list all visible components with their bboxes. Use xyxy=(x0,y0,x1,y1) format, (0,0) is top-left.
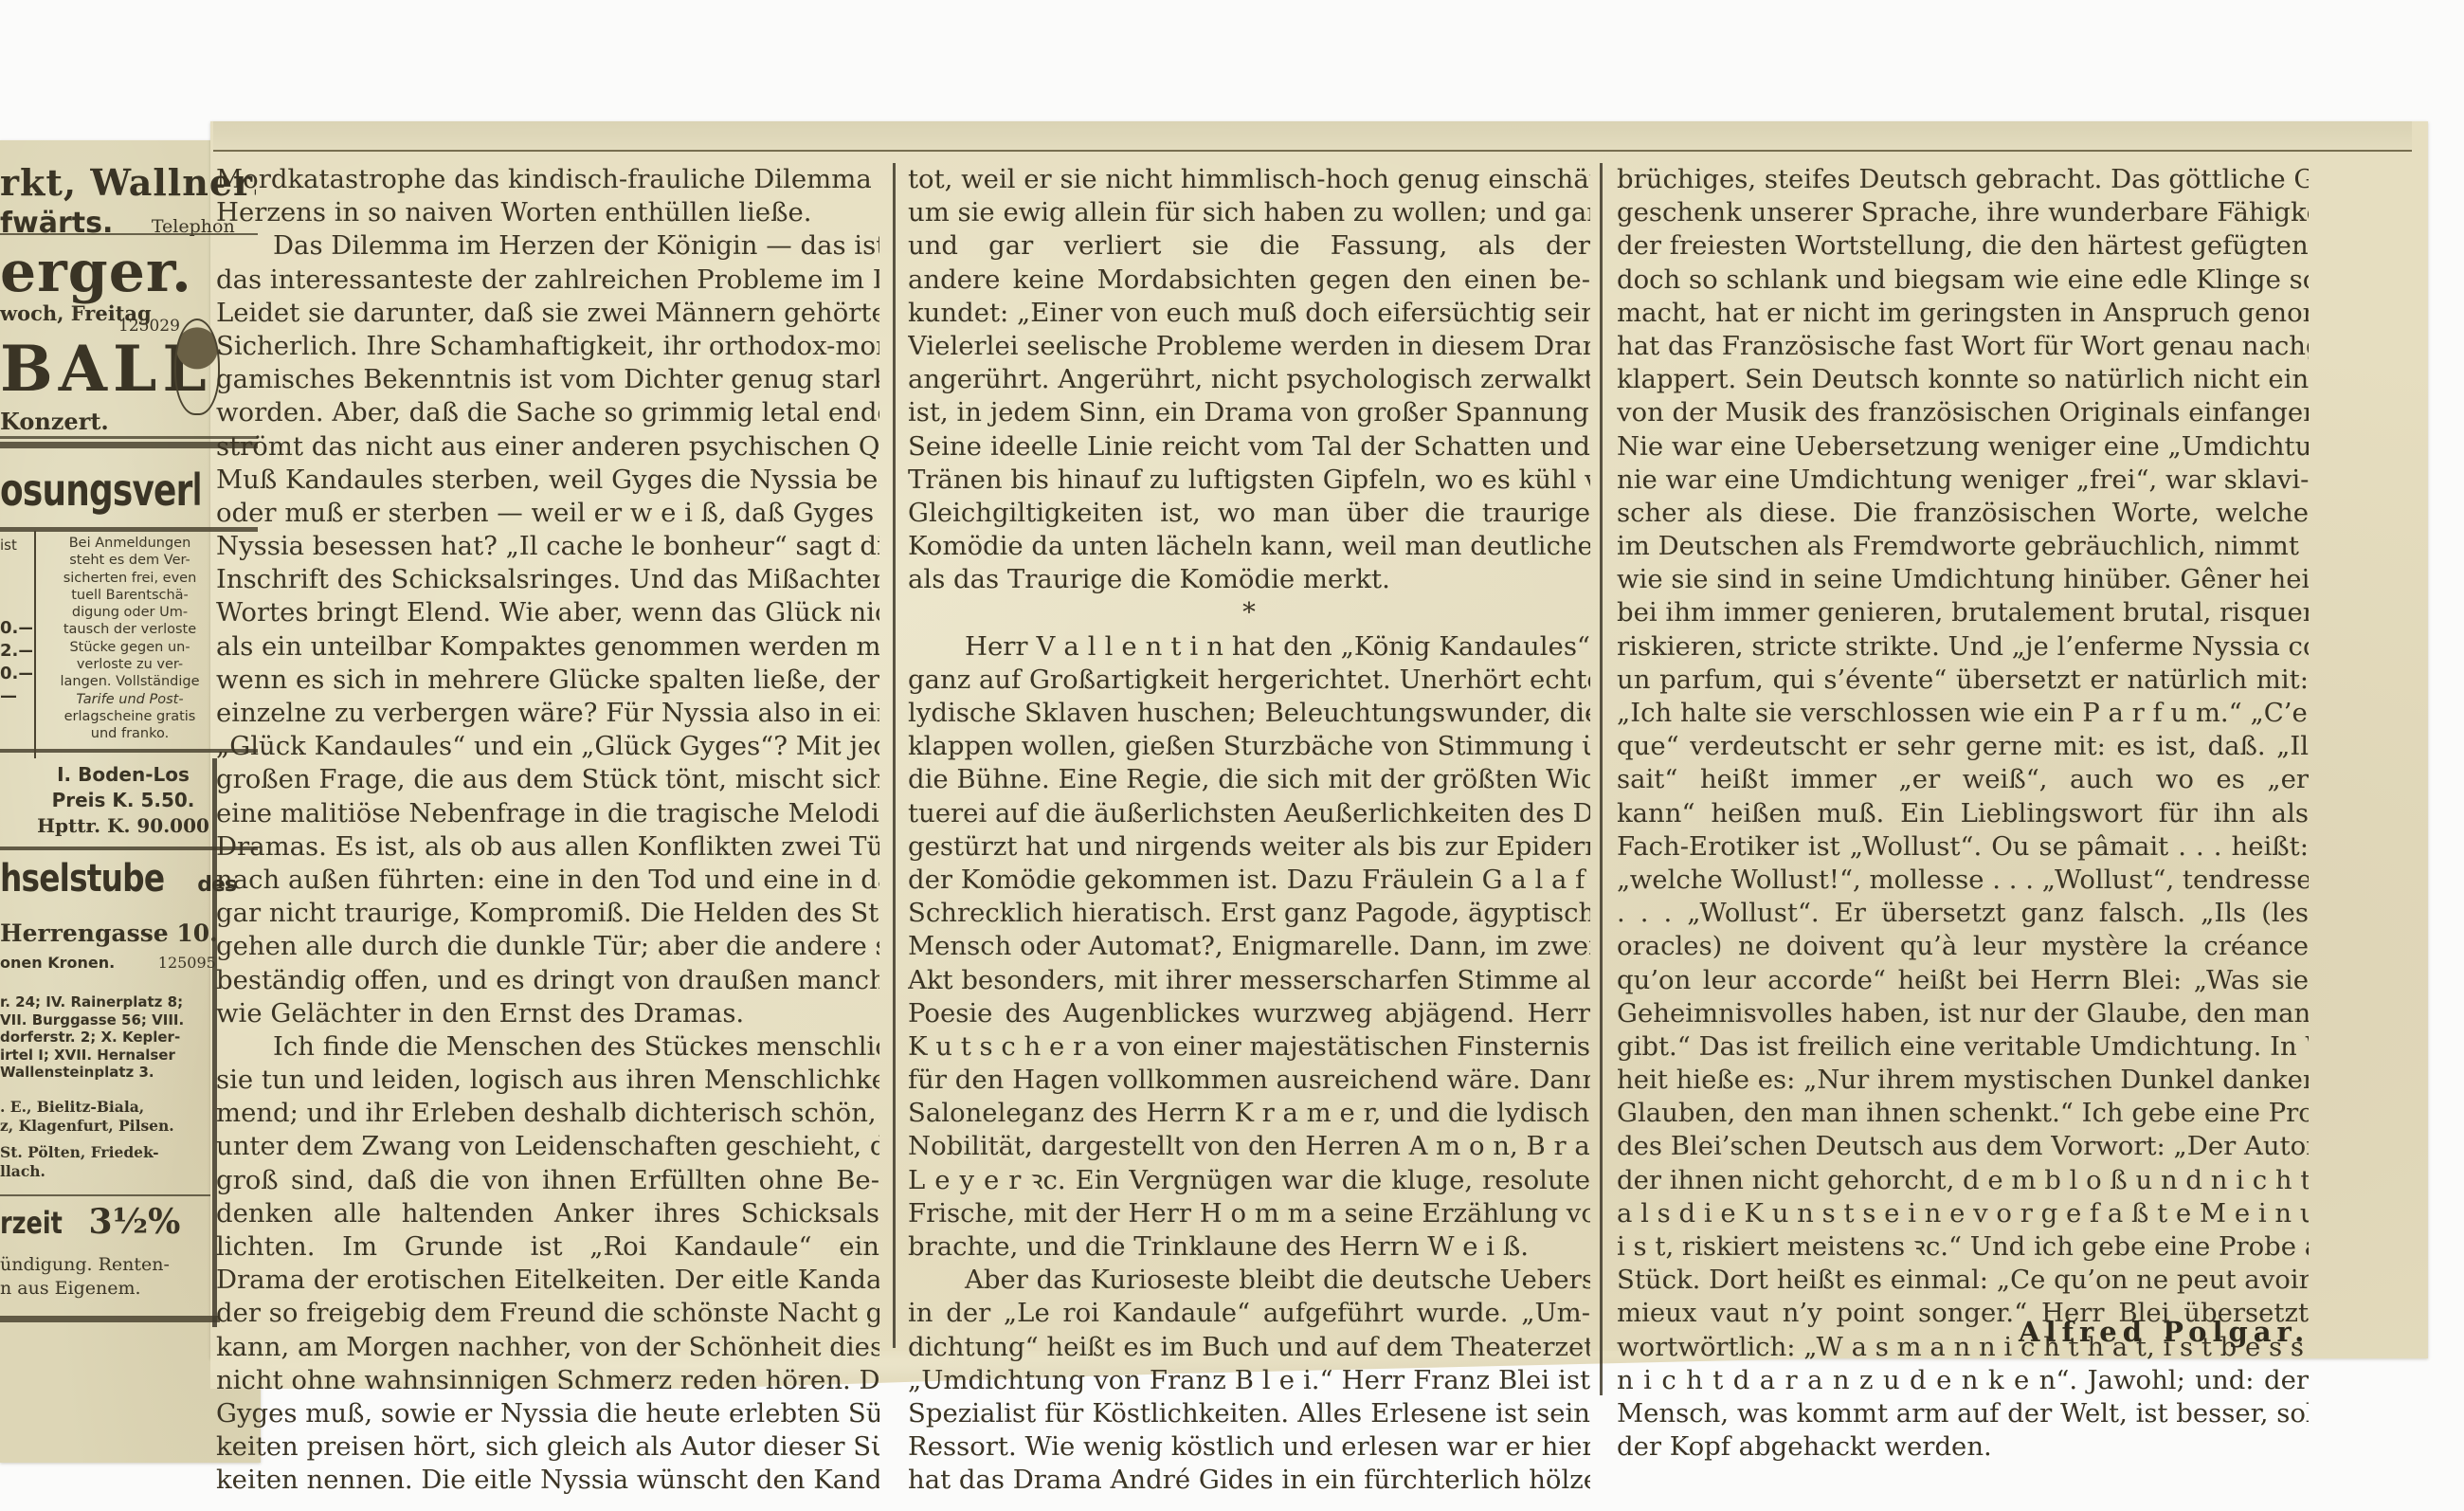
ad-code-2: 125095 xyxy=(158,954,216,972)
article-line: oder muß er sterben — weil er w e i ß, d… xyxy=(216,497,879,530)
branch-line: dorferstr. 2; X. Kepler- xyxy=(0,1029,210,1047)
article-line: Herr V a l l e n t i n hat den „König Ka… xyxy=(908,630,1590,664)
article-line: un parfum, qui s’évente“ übersetzt er na… xyxy=(1617,664,2309,697)
article-line: Mordkatastrophe das kindisch-frauliche D… xyxy=(216,163,879,196)
article-line: kundet: „Einer von euch muß doch eifersü… xyxy=(908,297,1590,330)
author-signature: Alfred Polgar. xyxy=(2019,1316,2310,1348)
ad-table-value: 0.— xyxy=(0,664,32,683)
notice-line: Bei Anmeldungen xyxy=(40,535,220,552)
city-line: llach. xyxy=(0,1162,210,1181)
notice-line: steht es dem Ver- xyxy=(40,552,220,569)
notice-line: verloste zu ver- xyxy=(40,656,220,673)
article-line: klappert. Sein Deutsch konnte so natürli… xyxy=(1617,363,2309,396)
article-line: mend; und ihr Erleben deshalb dichterisc… xyxy=(216,1097,879,1130)
column-divider xyxy=(1600,163,1603,1395)
lot-line: Preis K. 5.50. xyxy=(19,788,227,813)
article-line: Dramas. Es ist, als ob aus allen Konflik… xyxy=(216,830,879,864)
article-line: nicht ohne wahnsinnigen Schmerz reden hö… xyxy=(216,1364,879,1397)
ad-table-header: ist xyxy=(0,537,28,554)
city-line: St. Pölten, Friedek- xyxy=(0,1143,210,1162)
article-line: angerührt. Angerührt, nicht psychologisc… xyxy=(908,363,1590,396)
article-line: nie war eine Umdichtung weniger „frei“, … xyxy=(1617,464,2309,497)
article-line: nach außen führten: eine in den Tod und … xyxy=(216,864,879,897)
article-line: a l s d i e K u n s t s e i n e v o r g … xyxy=(1617,1197,2309,1230)
article-column-2: tot, weil er sie nicht himmlisch-hoch ge… xyxy=(908,163,1590,1498)
article-line: hat das Drama André Gides in ein fürchte… xyxy=(908,1464,1590,1497)
article-line: klappen wollen, gießen Sturzbäche von St… xyxy=(908,730,1590,763)
ad-table-value: 0.— xyxy=(0,618,32,638)
article-line: oracles) ne doivent qu’à leur mystère la… xyxy=(1617,930,2309,963)
article-column-1: Mordkatastrophe das kindisch-frauliche D… xyxy=(216,163,879,1498)
article-line: „Ich halte sie verschlossen wie ein P a … xyxy=(1617,697,2309,730)
article-line: Spezialist für Köstlichkeiten. Alles Erl… xyxy=(908,1397,1590,1430)
ad-lot-info: I. Boden-Los Preis K. 5.50. Hpttr. K. 90… xyxy=(19,762,227,839)
article-line: lichten. Im Grunde ist „Roi Kandaule“ ei… xyxy=(216,1230,879,1264)
article-line: scher als diese. Die französischen Worte… xyxy=(1617,497,2309,530)
article-line: der so freigebig dem Freund die schönste… xyxy=(216,1297,879,1330)
notice-line: Stücke gegen un- xyxy=(40,639,220,656)
article-line: n i c h t d a r a n z u d e n k e n“. Ja… xyxy=(1617,1364,2309,1397)
article-column-3: brüchiges, steifes Deutsch gebracht. Das… xyxy=(1617,163,2309,1464)
article-line: als das Traurige die Komödie merkt. xyxy=(908,563,1590,596)
article-line: brachte, und die Trinklaune des Herrn W … xyxy=(908,1230,1590,1264)
notice-line: erlagscheine gratis xyxy=(40,708,220,725)
ad-headline: osungsverlust. xyxy=(0,464,200,516)
article-line: sait“ heißt immer „er weiß“, auch wo es … xyxy=(1617,763,2309,796)
article-line: L e y e r ꝛc. Ein Vergnügen war die klug… xyxy=(908,1164,1590,1197)
article-line: Nyssia besessen hat? „Il cache le bonheu… xyxy=(216,530,879,563)
article-line: Wortes bringt Elend. Wie aber, wenn das … xyxy=(216,596,879,629)
article-line: Seine ideelle Linie reicht vom Tal der S… xyxy=(908,430,1590,464)
article-line: andere keine Mordabsichten gegen den ein… xyxy=(908,264,1590,297)
article-line: Mensch oder Automat?, Enigmarelle. Dann,… xyxy=(908,930,1590,963)
article-line: Tränen bis hinauf zu luftigsten Gipfeln,… xyxy=(908,464,1590,497)
top-torn-strip xyxy=(213,121,2412,152)
article-line: gar nicht traurige, Kompromiß. Die Helde… xyxy=(216,897,879,930)
interest-label: rzeit xyxy=(0,1205,63,1241)
ad-table-value: — xyxy=(0,686,32,706)
article-line: keiten nennen. Die eitle Nyssia wünscht … xyxy=(216,1464,879,1497)
article-line: wenn es sich in mehrere Glücke spalten l… xyxy=(216,664,879,697)
article-line: doch so schlank und biegsam wie eine edl… xyxy=(1617,264,2309,297)
article-line: Stück. Dort heißt es einmal: „Ce qu’on n… xyxy=(1617,1264,2309,1297)
branch-line: VII. Burggasse 56; VIII. xyxy=(0,1011,210,1029)
article-line: unter dem Zwang von Leidenschaften gesch… xyxy=(216,1130,879,1163)
article-line: strömt das nicht aus einer anderen psych… xyxy=(216,430,879,464)
article-line: als ein unteilbar Kompaktes genommen wer… xyxy=(216,630,879,664)
article-line: der freiesten Wortstellung, die den härt… xyxy=(1617,229,2309,263)
article-line: die Bühne. Eine Regie, die sich mit der … xyxy=(908,763,1590,796)
article-line: gestürzt hat und nirgends weiter als bis… xyxy=(908,830,1590,864)
article-line: Nie war eine Uebersetzung weniger eine „… xyxy=(1617,430,2309,464)
ad-footer: ündigung. Renten- n aus Eigenem. xyxy=(0,1253,210,1301)
ad-rule xyxy=(0,1316,220,1322)
article-line: brüchiges, steifes Deutsch gebracht. Das… xyxy=(1617,163,2309,196)
article-line: in der „Le roi Kandaule“ aufgeführt wurd… xyxy=(908,1297,1590,1330)
article-line: wie sie sind in seine Umdichtung hinüber… xyxy=(1617,563,2309,596)
article-line: Drama der erotischen Eitelkeiten. Der ei… xyxy=(216,1264,879,1297)
article-line: Komödie da unten lächeln kann, weil man … xyxy=(908,530,1590,563)
notice-line: langen. Vollständige xyxy=(40,673,220,690)
article-line: Schrecklich hieratisch. Erst ganz Pagode… xyxy=(908,897,1590,930)
article-line: Herzens in so naiven Worten enthüllen li… xyxy=(216,196,879,229)
article-line: Ressort. Wie wenig köstlich und erlesen … xyxy=(908,1430,1590,1464)
branch-line: Wallensteinplatz 3. xyxy=(0,1064,210,1082)
article-line: Das Dilemma im Herzen der Königin — das … xyxy=(216,229,879,263)
wechselstube-text: hselstube xyxy=(0,857,164,901)
column-divider xyxy=(893,163,896,1348)
lot-line: Hpttr. K. 90.000 xyxy=(19,813,227,839)
article-line: Inschrift des Schicksalsringes. Und das … xyxy=(216,563,879,596)
article-line: i s t, riskiert meistens ꝛc.“ Und ich ge… xyxy=(1617,1230,2309,1264)
article-line: „welche Wollust!“, mollesse . . . „Wollu… xyxy=(1617,864,2309,897)
article-line: Muß Kandaules sterben, weil Gyges die Ny… xyxy=(216,464,879,497)
notice-line: und franko. xyxy=(40,725,220,742)
article-line: Fach-Erotiker ist „Wollust“. Ou se pâmai… xyxy=(1617,830,2309,864)
article-line: Sicherlich. Ihre Schamhaftigkeit, ihr or… xyxy=(216,330,879,363)
article-line: „Umdichtung von Franz B l e i.“ Herr Fra… xyxy=(908,1364,1590,1397)
notice-line: Tarife und Post- xyxy=(40,691,220,708)
article-line: tuerei auf die äußerlichsten Aeußerlichk… xyxy=(908,797,1590,830)
article-line: eine malitiöse Nebenfrage in die tragisc… xyxy=(216,797,879,830)
footer-line: n aus Eigenem. xyxy=(0,1277,210,1301)
article-line: einzelne zu verbergen wäre? Für Nyssia a… xyxy=(216,697,879,730)
article-line: riskieren, stricte strikte. Und „je l’en… xyxy=(1617,630,2309,664)
article-line: Gleichgiltigkeiten ist, wo man über die … xyxy=(908,497,1590,530)
article-line: . . . „Wollust“. Er übersetzt ganz falsc… xyxy=(1617,897,2309,930)
article-line: Poesie des Augenblickes wurzweg abjägend… xyxy=(908,997,1590,1030)
article-line: kann, am Morgen nachher, von der Schönhe… xyxy=(216,1331,879,1364)
notice-line: digung oder Um- xyxy=(40,604,220,621)
article-line: Vielerlei seelische Probleme werden in d… xyxy=(908,330,1590,363)
city-line: z, Klagenfurt, Pilsen. xyxy=(0,1117,210,1136)
article-line: Ich finde die Menschen des Stückes mensc… xyxy=(216,1030,879,1064)
article-line: das interessanteste der zahlreichen Prob… xyxy=(216,264,879,297)
notice-line: tuell Barentschä- xyxy=(40,587,220,604)
article-line: und gar verliert sie die Fassung, als de… xyxy=(908,229,1590,263)
kronen-text: onen Kronen. xyxy=(0,954,115,972)
article-line: Saloneleganz des Herrn K r a m e r, und … xyxy=(908,1097,1590,1130)
article-line: um sie ewig allein für sich haben zu wol… xyxy=(908,196,1590,229)
article-line: wie Gelächter in den Ernst des Dramas. xyxy=(216,997,879,1030)
article-line: gibt.“ Das ist freilich eine veritable U… xyxy=(1617,1030,2309,1064)
article-line: groß sind, daß die von ihnen Erfüllten o… xyxy=(216,1164,879,1197)
article-line: Frische, mit der Herr H o m m a seine Er… xyxy=(908,1197,1590,1230)
article-line: worden. Aber, daß die Sache so grimmig l… xyxy=(216,396,879,429)
lot-line: I. Boden-Los xyxy=(19,762,227,788)
article-line: der Komödie gekommen ist. Dazu Fräulein … xyxy=(908,864,1590,897)
notice-line: sicherten frei, even xyxy=(40,570,220,587)
article-line: geschenk unserer Sprache, ihre wunderbar… xyxy=(1617,196,2309,229)
article-line: der ihnen nicht gehorcht, d e m b l o ß … xyxy=(1617,1164,2309,1197)
article-line: sie tun und leiden, logisch aus ihren Me… xyxy=(216,1064,879,1097)
article-line: Geheimnisvolles haben, ist nur der Glaub… xyxy=(1617,997,2309,1030)
article-line: tot, weil er sie nicht himmlisch-hoch ge… xyxy=(908,163,1590,196)
article-line: denken alle haltenden Anker ihres Schick… xyxy=(216,1197,879,1230)
city-line: . E., Bielitz-Biala, xyxy=(0,1098,210,1117)
article-line: „Glück Kandaules“ und ein „Glück Gyges“?… xyxy=(216,730,879,763)
article-line: kann“ heißen muß. Ein Lieblingswort für … xyxy=(1617,797,2309,830)
ad-interest-line: rzeit 3½% xyxy=(0,1202,210,1242)
article-line: Mensch, was kommt arm auf der Welt, ist … xyxy=(1617,1397,2309,1430)
article-line: ganz auf Großartigkeit hergerichtet. Une… xyxy=(908,664,1590,697)
article-line: hat das Französische fast Wort für Wort … xyxy=(1617,330,2309,363)
interest-value: 3½% xyxy=(89,1202,181,1242)
article-line: dichtung“ heißt es im Buch und auf dem T… xyxy=(908,1331,1590,1364)
ad-cities: . E., Bielitz-Biala, z, Klagenfurt, Pils… xyxy=(0,1098,210,1181)
article-line: Leidet sie darunter, daß sie zwei Männer… xyxy=(216,297,879,330)
article-line: keiten preisen hört, sich gleich als Aut… xyxy=(216,1430,879,1464)
article-line: Glauben, den man ihnen schenkt.“ Ich geb… xyxy=(1617,1097,2309,1130)
mask-icon xyxy=(174,319,220,415)
article-line: macht, hat er nicht im geringsten in Ans… xyxy=(1617,297,2309,330)
ad-branches: r. 24; IV. Rainerplatz 8; VII. Burggasse… xyxy=(0,993,210,1082)
branch-line: irtel I; XVII. Hernalser xyxy=(0,1047,210,1065)
article-line: K u t s c h e r a von einer majestätisch… xyxy=(908,1030,1590,1064)
article-line: bei ihm immer genieren, brutalement brut… xyxy=(1617,596,2309,629)
article-line: Gyges muß, sowie er Nyssia die heute erl… xyxy=(216,1397,879,1430)
article-line: gamisches Bekenntnis ist vom Dichter gen… xyxy=(216,363,879,396)
article-line: gehen alle durch die dunkle Tür; aber di… xyxy=(216,930,879,963)
notice-line: tausch der verloste xyxy=(40,621,220,638)
article-line: qu’on leur accorde“ heißt bei Herrn Blei… xyxy=(1617,964,2309,997)
article-line: Akt besonders, mit ihrer messerscharfen … xyxy=(908,964,1590,997)
article-line: von der Musik des französischen Original… xyxy=(1617,396,2309,429)
article-line: ist, in jedem Sinn, ein Drama von großer… xyxy=(908,396,1590,429)
branch-line: r. 24; IV. Rainerplatz 8; xyxy=(0,993,210,1011)
article-line: des Blei’schen Deutsch aus dem Vorwort: … xyxy=(1617,1130,2309,1163)
ad-rule xyxy=(0,1194,210,1196)
article-line: heit hieße es: „Nur ihrem mystischen Dun… xyxy=(1617,1064,2309,1097)
ad-table-divider xyxy=(34,531,36,758)
footer-line: ündigung. Renten- xyxy=(0,1253,210,1277)
article-line: für den Hagen vollkommen ausreichend wär… xyxy=(908,1064,1590,1097)
article-line: * xyxy=(908,596,1590,629)
article-line: que“ verdeutscht er sehr gerne mit: es i… xyxy=(1617,730,2309,763)
article-line: Nobilität, dargestellt von den Herren A … xyxy=(908,1130,1590,1163)
article-line: der Kopf abgehackt werden. xyxy=(1617,1430,2309,1464)
article-line: großen Frage, die aus dem Stück tönt, mi… xyxy=(216,763,879,796)
article-line: beständig offen, und es dringt von drauß… xyxy=(216,964,879,997)
article-line: Aber das Kurioseste bleibt die deutsche … xyxy=(908,1264,1590,1297)
ad-notice-box: Bei Anmeldungen steht es dem Ver- sicher… xyxy=(40,535,220,743)
ad-table-value: 2.— xyxy=(0,641,32,661)
article-line: lydische Sklaven huschen; Beleuchtungswu… xyxy=(908,697,1590,730)
article-line: im Deutschen als Fremdworte gebräuchlich… xyxy=(1617,530,2309,563)
